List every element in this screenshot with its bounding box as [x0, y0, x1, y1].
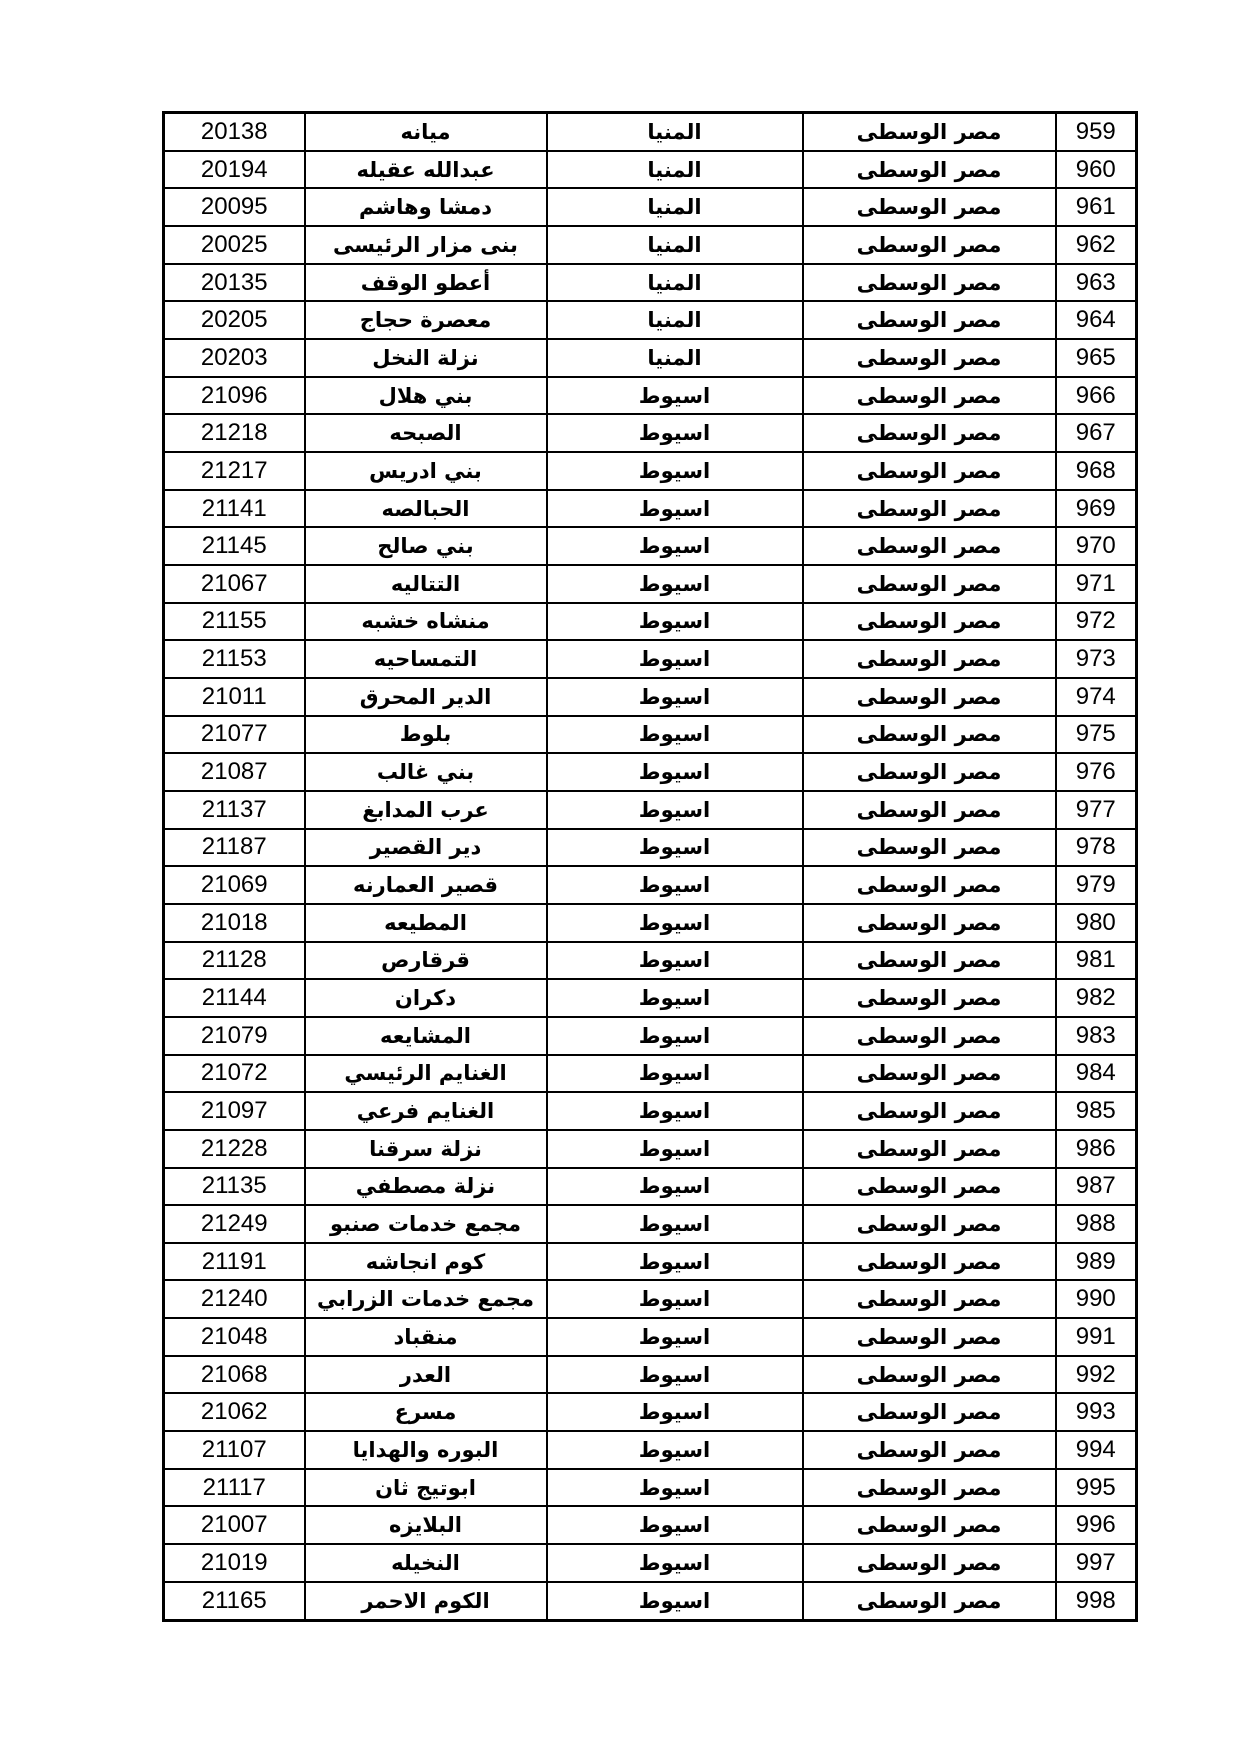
cell-code: 21135 — [164, 1168, 305, 1206]
cell-region: مصر الوسطى — [803, 339, 1056, 377]
table-row: 990مصر الوسطىاسيوطمجمع خدمات الزرابي2124… — [164, 1280, 1137, 1318]
cell-code: 20095 — [164, 188, 305, 226]
cell-locality-name: بني هلال — [305, 377, 547, 415]
table-row: 975مصر الوسطىاسيوطبلوط21077 — [164, 716, 1137, 754]
cell-governorate: اسيوط — [547, 377, 803, 415]
cell-serial: 963 — [1056, 264, 1137, 302]
cell-code: 20025 — [164, 226, 305, 264]
cell-region: مصر الوسطى — [803, 377, 1056, 415]
cell-code: 20135 — [164, 264, 305, 302]
cell-locality-name: نزلة مصطفي — [305, 1168, 547, 1206]
table-row: 962مصر الوسطىالمنيابنى مزار الرئيسى20025 — [164, 226, 1137, 264]
table-row: 986مصر الوسطىاسيوطنزلة سرقنا21228 — [164, 1130, 1137, 1168]
cell-governorate: اسيوط — [547, 1544, 803, 1582]
cell-locality-name: المطيعه — [305, 904, 547, 942]
cell-governorate: اسيوط — [547, 603, 803, 641]
table-row: 978مصر الوسطىاسيوطدير القصير21187 — [164, 829, 1137, 867]
table-row: 994مصر الوسطىاسيوطالبوره والهدايا21107 — [164, 1431, 1137, 1469]
table-row: 987مصر الوسطىاسيوطنزلة مصطفي21135 — [164, 1168, 1137, 1206]
table-row: 992مصر الوسطىاسيوطالعدر21068 — [164, 1356, 1137, 1394]
cell-serial: 965 — [1056, 339, 1137, 377]
cell-region: مصر الوسطى — [803, 716, 1056, 754]
cell-code: 21079 — [164, 1017, 305, 1055]
cell-code: 21218 — [164, 414, 305, 452]
cell-locality-name: قرقارص — [305, 942, 547, 980]
cell-governorate: اسيوط — [547, 1506, 803, 1544]
cell-code: 21128 — [164, 942, 305, 980]
cell-serial: 981 — [1056, 942, 1137, 980]
table-row: 982مصر الوسطىاسيوطدكران21144 — [164, 979, 1137, 1017]
cell-code: 21191 — [164, 1243, 305, 1281]
cell-region: مصر الوسطى — [803, 1130, 1056, 1168]
locations-table: 959مصر الوسطىالمنياميانه20138960مصر الوس… — [162, 111, 1138, 1622]
cell-code: 21062 — [164, 1393, 305, 1431]
table-row: 968مصر الوسطىاسيوطبني ادريس21217 — [164, 452, 1137, 490]
table-row: 984مصر الوسطىاسيوطالغنايم الرئيسي21072 — [164, 1055, 1137, 1093]
cell-code: 21007 — [164, 1506, 305, 1544]
cell-locality-name: المشايعه — [305, 1017, 547, 1055]
cell-serial: 971 — [1056, 565, 1137, 603]
cell-region: مصر الوسطى — [803, 603, 1056, 641]
cell-region: مصر الوسطى — [803, 1092, 1056, 1130]
cell-governorate: اسيوط — [547, 640, 803, 678]
cell-region: مصر الوسطى — [803, 565, 1056, 603]
cell-governorate: اسيوط — [547, 791, 803, 829]
cell-code: 21067 — [164, 565, 305, 603]
cell-governorate: اسيوط — [547, 829, 803, 867]
cell-locality-name: ميانه — [305, 113, 547, 151]
cell-governorate: اسيوط — [547, 527, 803, 565]
cell-region: مصر الوسطى — [803, 1205, 1056, 1243]
cell-locality-name: مجمع خدمات صنبو — [305, 1205, 547, 1243]
cell-governorate: المنيا — [547, 339, 803, 377]
cell-code: 21137 — [164, 791, 305, 829]
cell-code: 21141 — [164, 490, 305, 528]
cell-governorate: اسيوط — [547, 1318, 803, 1356]
table-row: 995مصر الوسطىاسيوطابوتيج ثان21117 — [164, 1469, 1137, 1507]
cell-code: 20205 — [164, 301, 305, 339]
cell-region: مصر الوسطى — [803, 640, 1056, 678]
cell-code: 21249 — [164, 1205, 305, 1243]
table-row: 960مصر الوسطىالمنياعبدالله عقيله20194 — [164, 151, 1137, 189]
cell-code: 21187 — [164, 829, 305, 867]
cell-governorate: اسيوط — [547, 414, 803, 452]
cell-serial: 993 — [1056, 1393, 1137, 1431]
cell-serial: 988 — [1056, 1205, 1137, 1243]
cell-serial: 978 — [1056, 829, 1137, 867]
cell-governorate: اسيوط — [547, 1393, 803, 1431]
cell-locality-name: معصرة حجاج — [305, 301, 547, 339]
cell-code: 21072 — [164, 1055, 305, 1093]
cell-serial: 989 — [1056, 1243, 1137, 1281]
cell-locality-name: قصير العمارنه — [305, 866, 547, 904]
cell-code: 21069 — [164, 866, 305, 904]
cell-serial: 959 — [1056, 113, 1137, 151]
cell-serial: 985 — [1056, 1092, 1137, 1130]
cell-locality-name: البوره والهدايا — [305, 1431, 547, 1469]
cell-locality-name: الحبالصه — [305, 490, 547, 528]
table-row: 983مصر الوسطىاسيوطالمشايعه21079 — [164, 1017, 1137, 1055]
cell-code: 21117 — [164, 1469, 305, 1507]
cell-serial: 986 — [1056, 1130, 1137, 1168]
cell-locality-name: بني ادريس — [305, 452, 547, 490]
cell-governorate: اسيوط — [547, 1469, 803, 1507]
table-row: 981مصر الوسطىاسيوطقرقارص21128 — [164, 942, 1137, 980]
cell-code: 21018 — [164, 904, 305, 942]
table-row: 970مصر الوسطىاسيوطبني صالح21145 — [164, 527, 1137, 565]
cell-locality-name: منقباد — [305, 1318, 547, 1356]
cell-code: 21096 — [164, 377, 305, 415]
cell-code: 21217 — [164, 452, 305, 490]
cell-code: 21228 — [164, 1130, 305, 1168]
cell-code: 21087 — [164, 753, 305, 791]
table-row: 967مصر الوسطىاسيوطالصبحه21218 — [164, 414, 1137, 452]
cell-locality-name: مسرع — [305, 1393, 547, 1431]
table-row: 979مصر الوسطىاسيوطقصير العمارنه21069 — [164, 866, 1137, 904]
cell-locality-name: بنى مزار الرئيسى — [305, 226, 547, 264]
cell-governorate: اسيوط — [547, 678, 803, 716]
locations-table-body: 959مصر الوسطىالمنياميانه20138960مصر الوس… — [164, 113, 1137, 1621]
cell-code: 21048 — [164, 1318, 305, 1356]
cell-serial: 980 — [1056, 904, 1137, 942]
table-row: 974مصر الوسطىاسيوطالدير المحرق21011 — [164, 678, 1137, 716]
cell-serial: 961 — [1056, 188, 1137, 226]
cell-locality-name: الدير المحرق — [305, 678, 547, 716]
cell-region: مصر الوسطى — [803, 866, 1056, 904]
cell-locality-name: ابوتيج ثان — [305, 1469, 547, 1507]
cell-governorate: المنيا — [547, 264, 803, 302]
cell-code: 21165 — [164, 1582, 305, 1621]
cell-governorate: اسيوط — [547, 979, 803, 1017]
table-row: 997مصر الوسطىاسيوطالنخيله21019 — [164, 1544, 1137, 1582]
cell-region: مصر الوسطى — [803, 1017, 1056, 1055]
cell-code: 20203 — [164, 339, 305, 377]
table-row: 961مصر الوسطىالمنيادمشا وهاشم20095 — [164, 188, 1137, 226]
cell-code: 21107 — [164, 1431, 305, 1469]
cell-serial: 992 — [1056, 1356, 1137, 1394]
cell-governorate: اسيوط — [547, 1092, 803, 1130]
cell-locality-name: عرب المدابغ — [305, 791, 547, 829]
cell-serial: 983 — [1056, 1017, 1137, 1055]
cell-serial: 991 — [1056, 1318, 1137, 1356]
table-row: 959مصر الوسطىالمنياميانه20138 — [164, 113, 1137, 151]
cell-code: 21145 — [164, 527, 305, 565]
cell-locality-name: نزلة سرقنا — [305, 1130, 547, 1168]
cell-governorate: اسيوط — [547, 753, 803, 791]
cell-region: مصر الوسطى — [803, 1243, 1056, 1281]
table-row: 989مصر الوسطىاسيوطكوم انجاشه21191 — [164, 1243, 1137, 1281]
cell-locality-name: الغنايم الرئيسي — [305, 1055, 547, 1093]
cell-region: مصر الوسطى — [803, 264, 1056, 302]
cell-region: مصر الوسطى — [803, 1280, 1056, 1318]
cell-region: مصر الوسطى — [803, 151, 1056, 189]
cell-code: 21077 — [164, 716, 305, 754]
cell-governorate: المنيا — [547, 188, 803, 226]
cell-governorate: اسيوط — [547, 1582, 803, 1621]
cell-serial: 969 — [1056, 490, 1137, 528]
cell-locality-name: دكران — [305, 979, 547, 1017]
cell-serial: 995 — [1056, 1469, 1137, 1507]
cell-serial: 976 — [1056, 753, 1137, 791]
cell-governorate: اسيوط — [547, 1205, 803, 1243]
cell-code: 20194 — [164, 151, 305, 189]
cell-serial: 990 — [1056, 1280, 1137, 1318]
cell-region: مصر الوسطى — [803, 188, 1056, 226]
cell-code: 21097 — [164, 1092, 305, 1130]
cell-code: 21019 — [164, 1544, 305, 1582]
cell-region: مصر الوسطى — [803, 1582, 1056, 1621]
cell-region: مصر الوسطى — [803, 1544, 1056, 1582]
table-row: 998مصر الوسطىاسيوطالكوم الاحمر21165 — [164, 1582, 1137, 1621]
cell-locality-name: التتاليه — [305, 565, 547, 603]
table-row: 991مصر الوسطىاسيوطمنقباد21048 — [164, 1318, 1137, 1356]
cell-governorate: اسيوط — [547, 1168, 803, 1206]
cell-region: مصر الوسطى — [803, 942, 1056, 980]
cell-locality-name: البلايزه — [305, 1506, 547, 1544]
cell-serial: 987 — [1056, 1168, 1137, 1206]
cell-code: 21144 — [164, 979, 305, 1017]
cell-governorate: المنيا — [547, 113, 803, 151]
cell-locality-name: كوم انجاشه — [305, 1243, 547, 1281]
cell-governorate: اسيوط — [547, 1017, 803, 1055]
cell-locality-name: الكوم الاحمر — [305, 1582, 547, 1621]
cell-locality-name: العدر — [305, 1356, 547, 1394]
cell-locality-name: النخيله — [305, 1544, 547, 1582]
table-row: 980مصر الوسطىاسيوطالمطيعه21018 — [164, 904, 1137, 942]
cell-serial: 975 — [1056, 716, 1137, 754]
cell-region: مصر الوسطى — [803, 791, 1056, 829]
cell-region: مصر الوسطى — [803, 1506, 1056, 1544]
cell-code: 21240 — [164, 1280, 305, 1318]
cell-serial: 994 — [1056, 1431, 1137, 1469]
cell-region: مصر الوسطى — [803, 1055, 1056, 1093]
table-row: 966مصر الوسطىاسيوطبني هلال21096 — [164, 377, 1137, 415]
cell-governorate: اسيوط — [547, 942, 803, 980]
cell-serial: 967 — [1056, 414, 1137, 452]
cell-locality-name: دير القصير — [305, 829, 547, 867]
cell-region: مصر الوسطى — [803, 753, 1056, 791]
cell-governorate: اسيوط — [547, 1243, 803, 1281]
cell-locality-name: التمساحيه — [305, 640, 547, 678]
cell-region: مصر الوسطى — [803, 1393, 1056, 1431]
document-page: { "page": { "colors": { "background": "#… — [0, 0, 1240, 1754]
cell-region: مصر الوسطى — [803, 490, 1056, 528]
table-row: 971مصر الوسطىاسيوطالتتاليه21067 — [164, 565, 1137, 603]
cell-locality-name: أعطو الوقف — [305, 264, 547, 302]
cell-region: مصر الوسطى — [803, 414, 1056, 452]
cell-serial: 960 — [1056, 151, 1137, 189]
cell-locality-name: دمشا وهاشم — [305, 188, 547, 226]
cell-code: 21153 — [164, 640, 305, 678]
cell-region: مصر الوسطى — [803, 301, 1056, 339]
cell-serial: 997 — [1056, 1544, 1137, 1582]
cell-governorate: المنيا — [547, 301, 803, 339]
table-row: 969مصر الوسطىاسيوطالحبالصه21141 — [164, 490, 1137, 528]
table-row: 977مصر الوسطىاسيوطعرب المدابغ21137 — [164, 791, 1137, 829]
table-row: 985مصر الوسطىاسيوطالغنايم فرعي21097 — [164, 1092, 1137, 1130]
cell-region: مصر الوسطى — [803, 1469, 1056, 1507]
cell-serial: 982 — [1056, 979, 1137, 1017]
cell-locality-name: عبدالله عقيله — [305, 151, 547, 189]
cell-code: 21155 — [164, 603, 305, 641]
cell-code: 21011 — [164, 678, 305, 716]
cell-serial: 962 — [1056, 226, 1137, 264]
cell-governorate: اسيوط — [547, 490, 803, 528]
cell-region: مصر الوسطى — [803, 452, 1056, 490]
cell-region: مصر الوسطى — [803, 1356, 1056, 1394]
cell-locality-name: مجمع خدمات الزرابي — [305, 1280, 547, 1318]
cell-code: 21068 — [164, 1356, 305, 1394]
cell-governorate: اسيوط — [547, 1280, 803, 1318]
cell-governorate: اسيوط — [547, 866, 803, 904]
cell-governorate: اسيوط — [547, 1356, 803, 1394]
cell-governorate: اسيوط — [547, 565, 803, 603]
cell-region: مصر الوسطى — [803, 527, 1056, 565]
cell-locality-name: بلوط — [305, 716, 547, 754]
cell-region: مصر الوسطى — [803, 226, 1056, 264]
cell-region: مصر الوسطى — [803, 1168, 1056, 1206]
cell-serial: 973 — [1056, 640, 1137, 678]
cell-governorate: اسيوط — [547, 716, 803, 754]
cell-serial: 998 — [1056, 1582, 1137, 1621]
cell-serial: 984 — [1056, 1055, 1137, 1093]
cell-locality-name: منشاه خشبه — [305, 603, 547, 641]
cell-locality-name: نزلة النخل — [305, 339, 547, 377]
cell-locality-name: بني غالب — [305, 753, 547, 791]
cell-serial: 974 — [1056, 678, 1137, 716]
cell-region: مصر الوسطى — [803, 829, 1056, 867]
cell-locality-name: بني صالح — [305, 527, 547, 565]
cell-governorate: المنيا — [547, 226, 803, 264]
table-row: 973مصر الوسطىاسيوطالتمساحيه21153 — [164, 640, 1137, 678]
table-row: 993مصر الوسطىاسيوطمسرع21062 — [164, 1393, 1137, 1431]
cell-serial: 977 — [1056, 791, 1137, 829]
cell-governorate: اسيوط — [547, 452, 803, 490]
cell-region: مصر الوسطى — [803, 678, 1056, 716]
table-row: 965مصر الوسطىالمنيانزلة النخل20203 — [164, 339, 1137, 377]
cell-locality-name: الغنايم فرعي — [305, 1092, 547, 1130]
table-row: 972مصر الوسطىاسيوطمنشاه خشبه21155 — [164, 603, 1137, 641]
cell-serial: 972 — [1056, 603, 1137, 641]
cell-locality-name: الصبحه — [305, 414, 547, 452]
cell-governorate: اسيوط — [547, 1055, 803, 1093]
cell-region: مصر الوسطى — [803, 1431, 1056, 1469]
cell-region: مصر الوسطى — [803, 1318, 1056, 1356]
cell-governorate: اسيوط — [547, 904, 803, 942]
table-row: 963مصر الوسطىالمنياأعطو الوقف20135 — [164, 264, 1137, 302]
cell-serial: 964 — [1056, 301, 1137, 339]
cell-serial: 996 — [1056, 1506, 1137, 1544]
cell-region: مصر الوسطى — [803, 979, 1056, 1017]
cell-code: 20138 — [164, 113, 305, 151]
cell-region: مصر الوسطى — [803, 113, 1056, 151]
cell-serial: 979 — [1056, 866, 1137, 904]
table-row: 964مصر الوسطىالمنيامعصرة حجاج20205 — [164, 301, 1137, 339]
cell-serial: 966 — [1056, 377, 1137, 415]
cell-serial: 968 — [1056, 452, 1137, 490]
cell-region: مصر الوسطى — [803, 904, 1056, 942]
cell-serial: 970 — [1056, 527, 1137, 565]
cell-governorate: اسيوط — [547, 1130, 803, 1168]
table-row: 976مصر الوسطىاسيوطبني غالب21087 — [164, 753, 1137, 791]
cell-governorate: اسيوط — [547, 1431, 803, 1469]
table-row: 988مصر الوسطىاسيوطمجمع خدمات صنبو21249 — [164, 1205, 1137, 1243]
cell-governorate: المنيا — [547, 151, 803, 189]
table-row: 996مصر الوسطىاسيوطالبلايزه21007 — [164, 1506, 1137, 1544]
